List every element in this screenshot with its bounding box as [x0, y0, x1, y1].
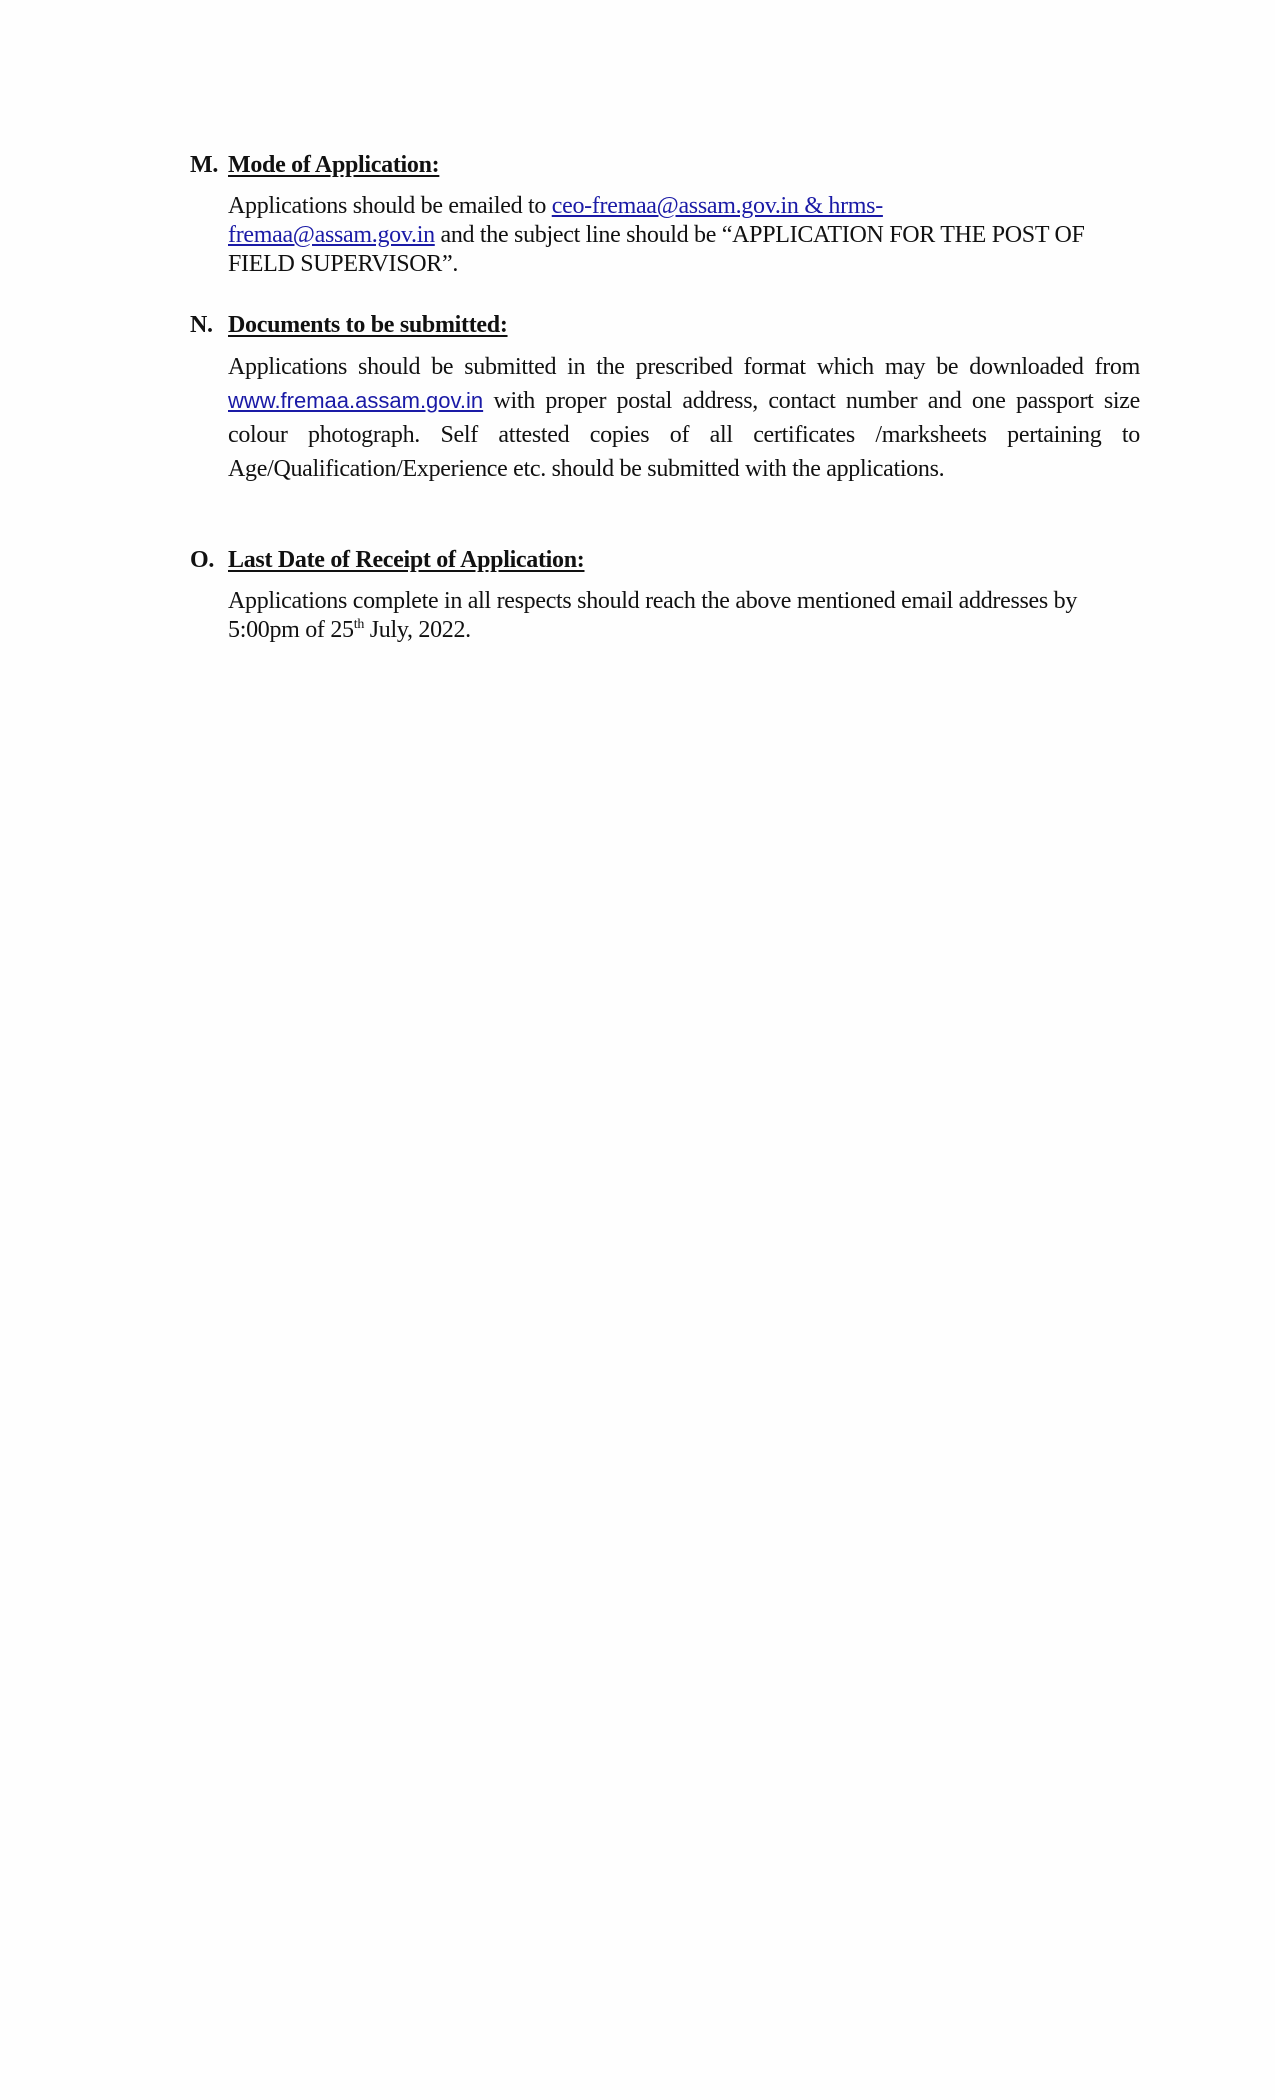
section-last-date: O. Last Date of Receipt of Application: …: [190, 545, 1140, 645]
body-text: July, 2022.: [364, 617, 471, 643]
section-body: Applications should be submitted in the …: [228, 350, 1140, 486]
body-text: Applications complete in all respects sh…: [228, 588, 1077, 643]
section-letter: M.: [190, 150, 228, 180]
section-body: Applications should be emailed to ceo-fr…: [228, 192, 1140, 279]
section-heading: M. Mode of Application:: [190, 150, 1140, 180]
section-heading: O. Last Date of Receipt of Application:: [190, 545, 1140, 575]
section-title: Mode of Application:: [228, 150, 439, 180]
email-link-hrms[interactable]: fremaa@assam.gov.in: [228, 222, 435, 248]
date-ordinal-suffix: th: [354, 617, 364, 632]
section-letter: O.: [190, 545, 228, 575]
section-heading: N. Documents to be submitted:: [190, 310, 1140, 340]
section-letter: N.: [190, 310, 228, 340]
section-title: Documents to be submitted:: [228, 310, 508, 340]
email-link-ceo[interactable]: ceo-fremaa@assam.gov.in & hrms-: [552, 193, 883, 219]
section-title: Last Date of Receipt of Application:: [228, 545, 585, 575]
website-link[interactable]: www.fremaa.assam.gov.in: [228, 388, 483, 413]
section-documents-to-be-submitted: N. Documents to be submitted: Applicatio…: [190, 310, 1140, 486]
body-text: Applications should be submitted in the …: [228, 354, 1140, 380]
section-body: Applications complete in all respects sh…: [228, 587, 1140, 645]
section-mode-of-application: M. Mode of Application: Applications sho…: [190, 150, 1140, 279]
body-text: Applications should be emailed to: [228, 193, 552, 219]
document-page: M. Mode of Application: Applications sho…: [0, 0, 1275, 2100]
